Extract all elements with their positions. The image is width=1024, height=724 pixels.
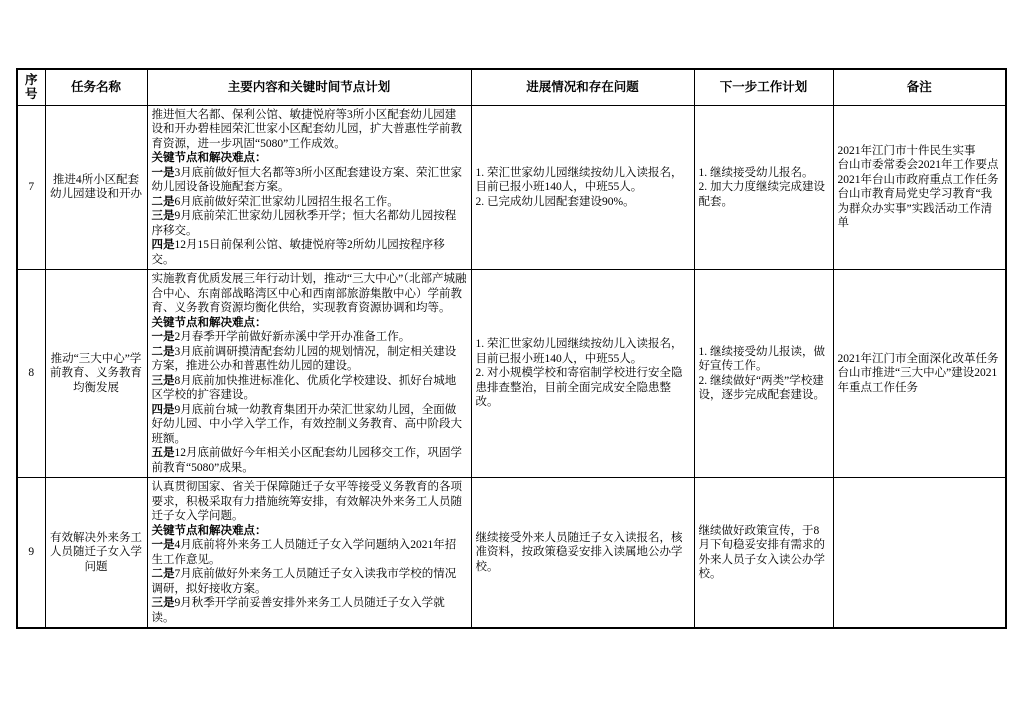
content-line: 四是9月底前台城一幼教育集团开办荣汇世家幼儿园，全面做好幼儿园、中小学入学工作，… [152, 403, 467, 447]
row-main-content: 认真贯彻国家、省关于保障随迁子女平等接受义务教育的各项要求，积极采取有力措施统筹… [147, 478, 471, 629]
content-line: 二是3月底前调研摸清配套幼儿园的规划情况，制定相关建设方案，推进公办和普惠性幼儿… [152, 345, 467, 374]
row-next-step: 继续做好政策宣传，于8月下旬稳妥安排有需求的外来人员子女入读公办学校。 [694, 478, 833, 629]
task-progress-table: 序 号 任务名称 主要内容和关键时间节点计划 进展情况和存在问题 下一步工作计划… [16, 68, 1007, 629]
row-main-content: 推进恒大名都、保利公馆、敏捷悦府等3所小区配套幼儿园建设和开办碧桂园荣汇世家小区… [147, 105, 471, 270]
row-serial-number: 9 [17, 478, 45, 629]
row-task-name: 推进4所小区配套幼儿园建设和开办 [45, 105, 147, 270]
table-row: 7 推进4所小区配套幼儿园建设和开办 推进恒大名都、保利公馆、敏捷悦府等3所小区… [17, 105, 1006, 270]
row-serial-number: 7 [17, 105, 45, 270]
row-next-step: 1. 继续接受幼儿报名。 2. 加大力度继续完成建设配套。 [694, 105, 833, 270]
row-progress: 继续接受外来人员随迁子女入读报名，核准资料，按政策稳妥安排入读属地公办学校。 [471, 478, 694, 629]
header-task-name: 任务名称 [45, 69, 147, 105]
content-line: 一是2月春季开学前做好新赤溪中学开办准备工作。 [152, 330, 467, 345]
table-row: 9 有效解决外来务工人员随迁子女入学问题 认真贯彻国家、省关于保障随迁子女平等接… [17, 478, 1006, 629]
header-next-step-plan: 下一步工作计划 [694, 69, 833, 105]
content-line: 推进恒大名都、保利公馆、敏捷悦府等3所小区配套幼儿园建设和开办碧桂园荣汇世家小区… [152, 108, 467, 152]
header-main-content-plan: 主要内容和关键时间节点计划 [147, 69, 471, 105]
row-task-name: 推动“三大中心”学前教育、义务教育均衡发展 [45, 270, 147, 478]
row-main-content: 实施教育优质发展三年行动计划，推动“三大中心”（北部产城融合中心、东南部战略湾区… [147, 270, 471, 478]
content-line: 二是6月底前做好荣汇世家幼儿园招生报名工作。 [152, 195, 467, 210]
document-sheet: 序 号 任务名称 主要内容和关键时间节点计划 进展情况和存在问题 下一步工作计划… [16, 68, 1007, 629]
header-serial-number: 序 号 [17, 69, 45, 105]
content-line: 三是9月秋季开学前妥善安排外来务工人员随迁子女入学就读。 [152, 596, 467, 625]
content-line: 关键节点和解决难点： [152, 316, 467, 331]
row-task-name: 有效解决外来务工人员随迁子女入学问题 [45, 478, 147, 629]
row-remark: 2021年江门市全面深化改革任务 台山市推进“三大中心”建设2021年重点工作任… [833, 270, 1006, 478]
content-line: 关键节点和解决难点： [152, 524, 467, 539]
row-progress: 1. 荣汇世家幼儿园继续按幼儿入读报名，目前已报小班140人，中班55人。 2.… [471, 270, 694, 478]
header-progress-issues: 进展情况和存在问题 [471, 69, 694, 105]
table-row: 8 推动“三大中心”学前教育、义务教育均衡发展 实施教育优质发展三年行动计划，推… [17, 270, 1006, 478]
table-body: 7 推进4所小区配套幼儿园建设和开办 推进恒大名都、保利公馆、敏捷悦府等3所小区… [17, 105, 1006, 628]
row-remark [833, 478, 1006, 629]
row-serial-number: 8 [17, 270, 45, 478]
content-line: 认真贯彻国家、省关于保障随迁子女平等接受义务教育的各项要求，积极采取有力措施统筹… [152, 480, 467, 524]
content-line: 三是8月底前加快推进标准化、优质化学校建设、抓好台城地区学校的扩容建设。 [152, 374, 467, 403]
row-remark: 2021年江门市十件民生实事 台山市委常委会2021年工作要点 2021年台山市… [833, 105, 1006, 270]
content-line: 三是9月底前荣汇世家幼儿园秋季开学；恒大名都幼儿园按程序移交。 [152, 209, 467, 238]
row-progress: 1. 荣汇世家幼儿园继续按幼儿入读报名，目前已报小班140人，中班55人。 2.… [471, 105, 694, 270]
content-line: 实施教育优质发展三年行动计划，推动“三大中心”（北部产城融合中心、东南部战略湾区… [152, 272, 467, 316]
content-line: 四是12月15日前保利公馆、敏捷悦府等2所幼儿园按程序移交。 [152, 238, 467, 267]
content-line: 一是4月底前将外来务工人员随迁子女入学问题纳入2021年招生工作意见。 [152, 538, 467, 567]
content-line: 二是7月底前做好外来务工人员随迁子女入读我市学校的情况调研，拟好接收方案。 [152, 567, 467, 596]
content-line: 五是12月底前做好今年相关小区配套幼儿园移交工作，巩固学前教育“5080”成果。 [152, 446, 467, 475]
header-remarks: 备注 [833, 69, 1006, 105]
content-line: 关键节点和解决难点： [152, 151, 467, 166]
row-next-step: 1. 继续接受幼儿报读，做好宣传工作。 2. 继续做好“两类”学校建设，逐步完成… [694, 270, 833, 478]
content-line: 一是3月底前做好恒大名都等3所小区配套建设方案、荣汇世家幼儿园设备设施配套方案。 [152, 166, 467, 195]
table-header-row: 序 号 任务名称 主要内容和关键时间节点计划 进展情况和存在问题 下一步工作计划… [17, 69, 1006, 105]
